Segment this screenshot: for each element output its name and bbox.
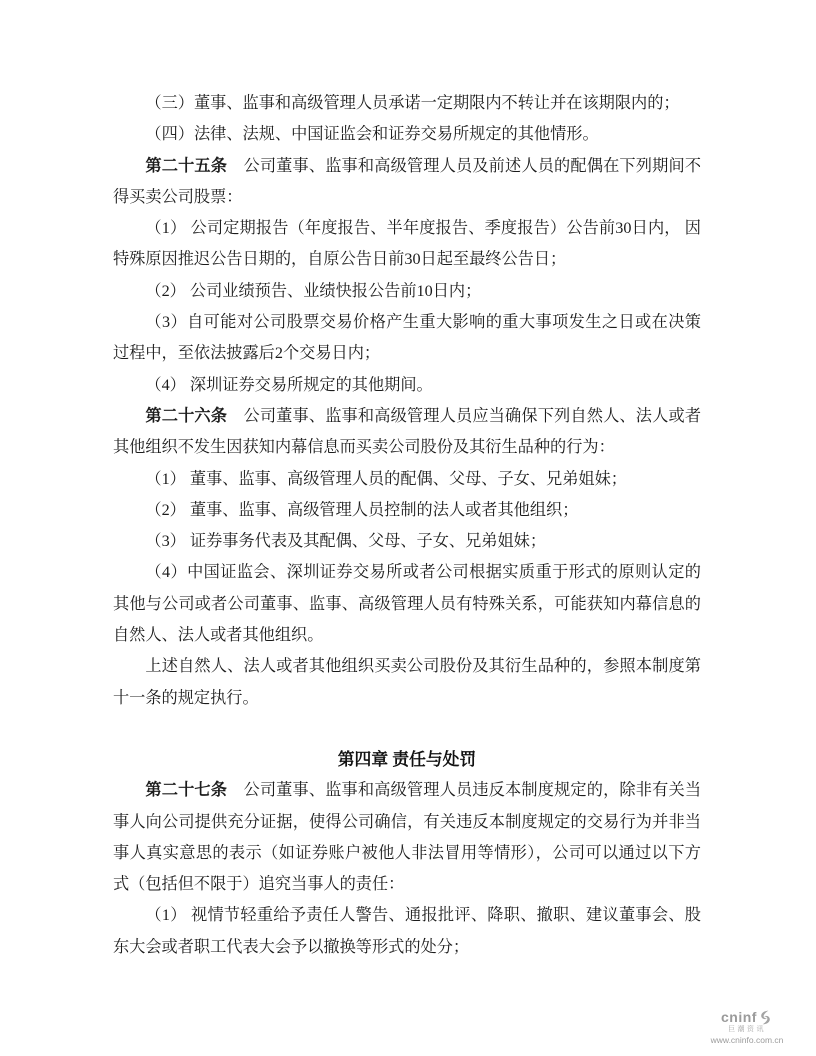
paragraph: （4） 深圳证券交易所规定的其他期间。 xyxy=(113,370,701,401)
cninfo-logo: cninf 巨潮资讯 www.cninfo.com.cn xyxy=(706,1010,788,1045)
paragraph-article-25: 第二十五条 公司董事、监事和高级管理人员及前述人员的配偶在下列期间不得买卖公司股… xyxy=(113,151,701,214)
paragraph-text: （1） 董事、监事、高级管理人员的配偶、父母、子女、兄弟姐妹； xyxy=(145,470,627,488)
paragraph-text: （4）中国证监会、深圳证券交易所或者公司根据实质重于形式的原则认定的其他与公司或… xyxy=(113,563,701,644)
paragraph-text: （2） 公司业绩预告、业绩快报公告前10日内； xyxy=(145,282,481,300)
paragraph-article-27: 第二十七条 公司董事、监事和高级管理人员违反本制度规定的，除非有关当事人向公司提… xyxy=(113,775,701,900)
paragraph: （三）董事、监事和高级管理人员承诺一定期限内不转让并在该期限内的； xyxy=(113,88,701,119)
paragraph-text: （4） 深圳证券交易所规定的其他期间。 xyxy=(145,376,432,394)
paragraph: （3）自可能对公司股票交易价格产生重大影响的重大事项发生之日或在决策过程中，至依… xyxy=(113,307,701,370)
paragraph-text: （3）自可能对公司股票交易价格产生重大影响的重大事项发生之日或在决策过程中，至依… xyxy=(113,313,701,362)
paragraph-text: （三）董事、监事和高级管理人员承诺一定期限内不转让并在该期限内的； xyxy=(145,94,679,112)
article-number: 第二十六条 xyxy=(145,407,227,425)
paragraph: （2） 董事、监事、高级管理人员控制的法人或者其他组织； xyxy=(113,495,701,526)
paragraph-text: （3） 证券事务代表及其配偶、父母、子女、兄弟姐妹； xyxy=(145,532,546,550)
cninfo-chinese-name: 巨潮资讯 xyxy=(706,1026,788,1034)
paragraph: （3） 证券事务代表及其配偶、父母、子女、兄弟姐妹； xyxy=(113,526,701,557)
paragraph: （4）中国证监会、深圳证券交易所或者公司根据实质重于形式的原则认定的其他与公司或… xyxy=(113,557,701,651)
paragraph-text: （四）法律、法规、中国证监会和证券交易所规定的其他情形。 xyxy=(145,125,598,143)
paragraph: 上述自然人、法人或者其他组织买卖公司股份及其衍生品种的，参照本制度第十一条的规定… xyxy=(113,651,701,714)
article-number: 第二十五条 xyxy=(145,157,227,175)
paragraph-text: （1） 公司定期报告（年度报告、半年度报告、季度报告）公告前30日内， 因特殊原… xyxy=(113,219,701,268)
cninfo-swirl-icon xyxy=(757,1009,774,1026)
paragraph-text: （2） 董事、监事、高级管理人员控制的法人或者其他组织； xyxy=(145,501,578,519)
article-number: 第二十七条 xyxy=(145,781,227,799)
paragraph: （2） 公司业绩预告、业绩快报公告前10日内； xyxy=(113,276,701,307)
document-body: （三）董事、监事和高级管理人员承诺一定期限内不转让并在该期限内的； （四）法律、… xyxy=(113,88,701,963)
cninfo-brand-row: cninf xyxy=(706,1010,788,1025)
paragraph: （1） 公司定期报告（年度报告、半年度报告、季度报告）公告前30日内， 因特殊原… xyxy=(113,213,701,276)
paragraph: （1） 视情节轻重给予责任人警告、通报批评、降职、撤职、建议董事会、股东大会或者… xyxy=(113,900,701,963)
paragraph: （四）法律、法规、中国证监会和证券交易所规定的其他情形。 xyxy=(113,119,701,150)
paragraph-text: 上述自然人、法人或者其他组织买卖公司股份及其衍生品种的，参照本制度第十一条的规定… xyxy=(113,657,701,706)
document-page: （三）董事、监事和高级管理人员承诺一定期限内不转让并在该期限内的； （四）法律、… xyxy=(0,0,816,1056)
paragraph-text: （1） 视情节轻重给予责任人警告、通报批评、降职、撤职、建议董事会、股东大会或者… xyxy=(113,906,701,955)
cninfo-url: www.cninfo.com.cn xyxy=(706,1036,788,1045)
chapter-heading: 第四章 责任与处罚 xyxy=(113,744,701,775)
paragraph-article-26: 第二十六条 公司董事、监事和高级管理人员应当确保下列自然人、法人或者其他组织不发… xyxy=(113,401,701,464)
paragraph: （1） 董事、监事、高级管理人员的配偶、父母、子女、兄弟姐妹； xyxy=(113,464,701,495)
cninfo-brand-text: cninf xyxy=(721,1010,757,1025)
